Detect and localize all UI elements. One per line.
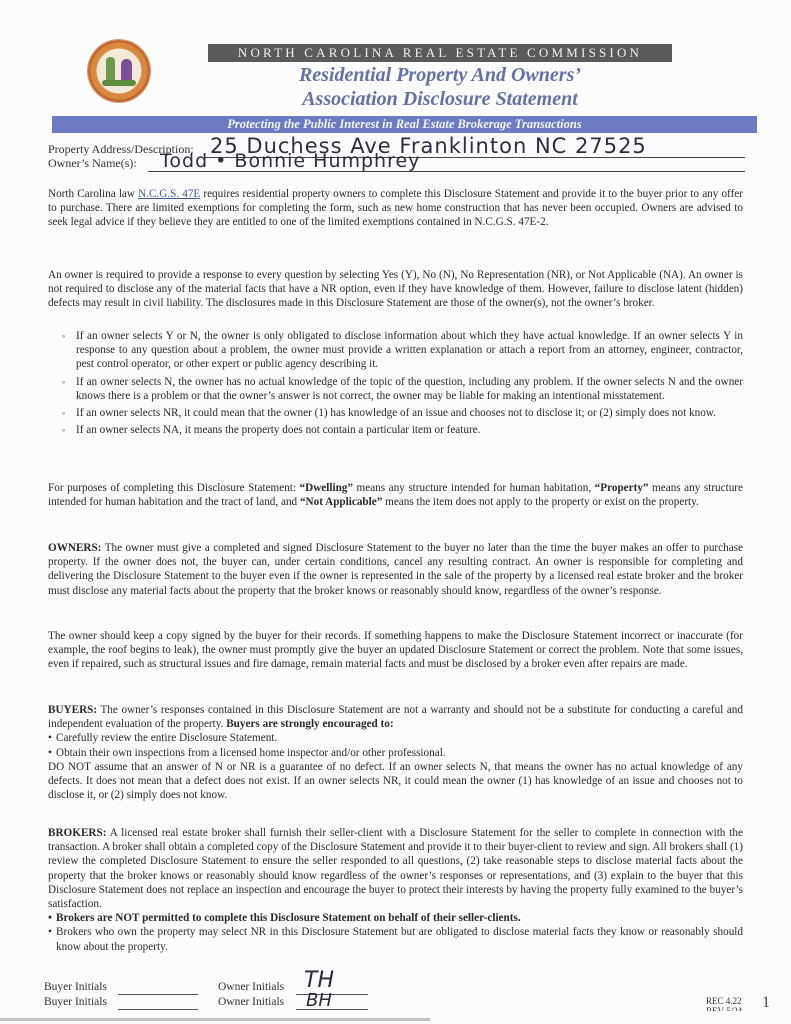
- bullet-y-or-n: If an owner selects Y or N, the owner is…: [62, 329, 743, 372]
- form-rev-value: REV 5/24: [706, 1006, 742, 1011]
- seal-ground: [102, 80, 136, 86]
- buyers-emphasis: Buyers are strongly encouraged to:: [226, 718, 393, 730]
- brokers-bullet-own-property: Brokers who own the property may select …: [48, 925, 743, 953]
- brokers-text: A licensed real estate broker shall furn…: [48, 827, 743, 910]
- brokers-bullets: Brokers are NOT permitted to complete th…: [48, 911, 743, 954]
- buyers-text: The owner’s responses contained in this …: [48, 704, 743, 730]
- scan-edge-mark: [0, 1018, 430, 1021]
- commission-banner: NORTH CAROLINA REAL ESTATE COMMISSION: [208, 44, 672, 62]
- form-title-line2: Association Disclosure Statement: [200, 88, 680, 111]
- bullet-nr: If an owner selects NR, it could mean th…: [62, 406, 743, 420]
- definitions-text-2: means any structure intended for human h…: [353, 482, 595, 494]
- definitions-text-4: means the item does not apply to the pro…: [382, 496, 699, 508]
- response-paragraph: An owner is required to provide a respon…: [48, 268, 743, 311]
- brokers-section: BROKERS: A licensed real estate broker s…: [48, 826, 743, 954]
- owners-text: The owner must give a completed and sign…: [48, 542, 743, 597]
- buyer-initials-label-1: Buyer Initials: [44, 981, 107, 993]
- definitions-paragraph: For purposes of completing this Disclosu…: [48, 481, 743, 509]
- buyers-warning: DO NOT assume that an answer of N or NR …: [48, 760, 743, 803]
- disclosure-page: NORTH CAROLINA REAL ESTATE COMMISSION Re…: [0, 0, 791, 1024]
- buyers-bullet-review: Carefully review the entire Disclosure S…: [48, 731, 743, 745]
- intro-paragraph: North Carolina law N.C.G.S. 47E requires…: [48, 187, 743, 230]
- response-bullets: If an owner selects Y or N, the owner is…: [62, 329, 743, 440]
- owner-initials-field-2[interactable]: BH: [306, 990, 332, 1011]
- definitions-text-1: For purposes of completing this Disclosu…: [48, 482, 300, 494]
- buyers-bullets: Carefully review the entire Disclosure S…: [48, 731, 743, 759]
- page-number: 1: [762, 994, 770, 1012]
- form-code: REC 4.22 REV 5/24: [706, 996, 742, 1011]
- buyers-section: BUYERS: The owner’s responses contained …: [48, 703, 743, 802]
- ncgs-47e-link[interactable]: N.C.G.S. 47E: [138, 188, 200, 200]
- brokers-heading: BROKERS:: [48, 827, 106, 839]
- term-not-applicable: “Not Applicable”: [300, 496, 382, 508]
- buyers-heading: BUYERS:: [48, 704, 97, 716]
- term-dwelling: “Dwelling”: [300, 482, 353, 494]
- bullet-na: If an owner selects NA, it means the pro…: [62, 423, 743, 437]
- owner-initials-label-2: Owner Initials: [218, 996, 284, 1008]
- owner-copy-paragraph: The owner should keep a copy signed by t…: [48, 629, 743, 672]
- owner-initials-label-1: Owner Initials: [218, 981, 284, 993]
- form-title-line1: Residential Property And Owners’: [200, 64, 680, 87]
- buyers-bullet-inspect: Obtain their own inspections from a lice…: [48, 746, 743, 760]
- intro-text-pre: North Carolina law: [48, 188, 138, 200]
- buyer-initials-field-1[interactable]: [118, 994, 198, 995]
- nc-state-seal-icon: [88, 40, 150, 102]
- bullet-n: If an owner selects N, the owner has no …: [62, 375, 743, 403]
- owners-names-label: Owner’s Name(s):: [48, 156, 137, 171]
- term-property: “Property”: [595, 482, 649, 494]
- owners-section: OWNERS: The owner must give a completed …: [48, 541, 743, 598]
- brokers-bullet-not-permitted: Brokers are NOT permitted to complete th…: [48, 911, 743, 925]
- owners-heading: OWNERS:: [48, 542, 101, 554]
- owners-names-field[interactable]: Todd • Bonnie Humphrey: [160, 150, 420, 172]
- buyer-initials-label-2: Buyer Initials: [44, 996, 107, 1008]
- buyer-initials-field-2[interactable]: [118, 1009, 198, 1010]
- owners-names-row: Owner’s Name(s):: [48, 156, 137, 171]
- form-code-value: REC 4.22: [706, 996, 742, 1006]
- tagline-banner: Protecting the Public Interest in Real E…: [52, 116, 757, 133]
